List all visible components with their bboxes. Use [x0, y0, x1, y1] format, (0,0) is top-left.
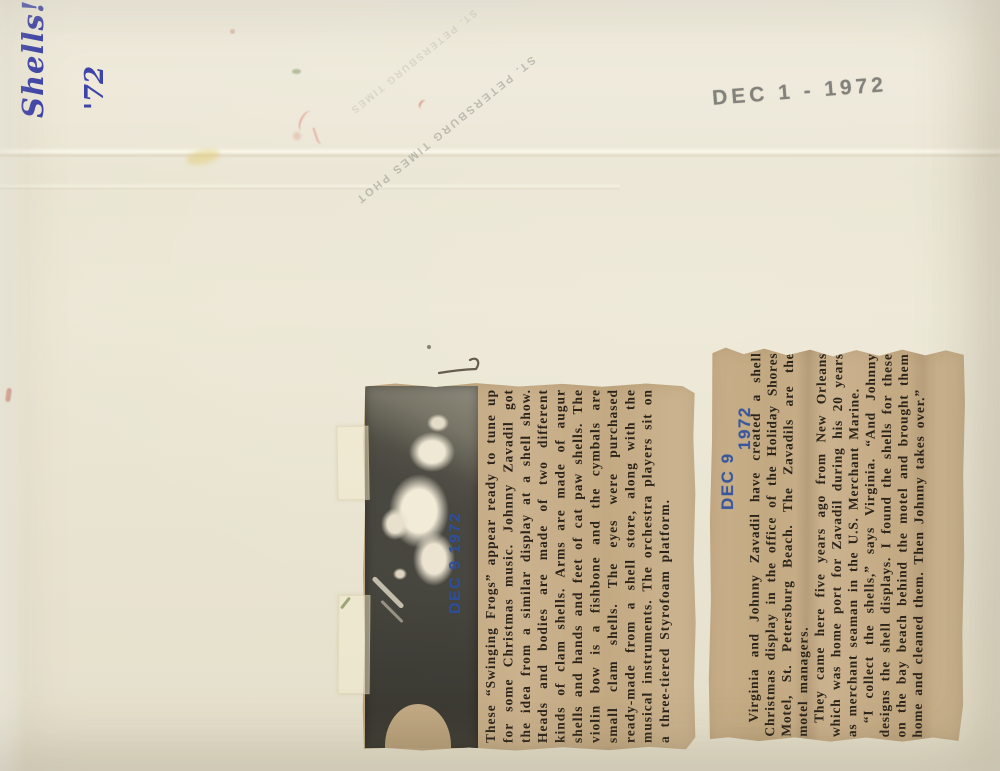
green-speck: [292, 69, 301, 74]
article-paragraph: Virginia and Johnny Zavadil have created…: [746, 352, 814, 736]
dark-speck: [427, 345, 431, 349]
shell-fragment: [393, 568, 407, 580]
date-stamp-article: DEC 9 1972: [719, 396, 753, 510]
red-speck: [230, 29, 235, 34]
yellow-smudge: [185, 147, 221, 168]
pink-smudge: [296, 109, 316, 134]
date-stamp-dec1: DEC 1 - 1972: [711, 73, 888, 111]
shell-figure: [409, 432, 455, 472]
paper-crease: [0, 183, 620, 190]
pink-smudge: [312, 125, 328, 146]
red-ink-speck: [5, 388, 12, 403]
photo-verso-scan: Shells! '72 DEC 1 - 1972 ST. PETERSBURG …: [0, 0, 1000, 771]
pink-smudge: [293, 132, 301, 140]
tape-strip: [338, 595, 371, 694]
handwritten-mark: [435, 348, 487, 385]
tape-strip: [336, 426, 369, 501]
paper-crease: [0, 147, 1000, 158]
caption-clipping: These “Swinging Frogs” appear ready to t…: [362, 382, 696, 752]
photo-arch-cutout: [385, 704, 451, 748]
white-stick: [371, 576, 404, 609]
red-speck: [417, 98, 430, 111]
stamp-line: DEC 9: [719, 396, 736, 510]
stamp-line: 1972: [736, 396, 753, 510]
article-text: Virginia and Johnny Zavadil have created…: [746, 352, 961, 737]
photo-caption: These “Swinging Frogs” appear ready to t…: [482, 389, 688, 743]
article-paragraph: They came here five years ago from New O…: [811, 353, 863, 737]
shell-figure: [427, 414, 449, 432]
date-stamp-clipping-photo: DEC 9 1972: [447, 480, 465, 614]
handwriting-title: Shells!: [16, 10, 50, 118]
agency-stamp-faint: ST. PETERSBURG TIMES PHOT: [350, 52, 539, 209]
handwriting-year: '72: [80, 32, 110, 110]
article-paragraph: “I collect the shells,” says Virginia. “…: [861, 353, 929, 737]
